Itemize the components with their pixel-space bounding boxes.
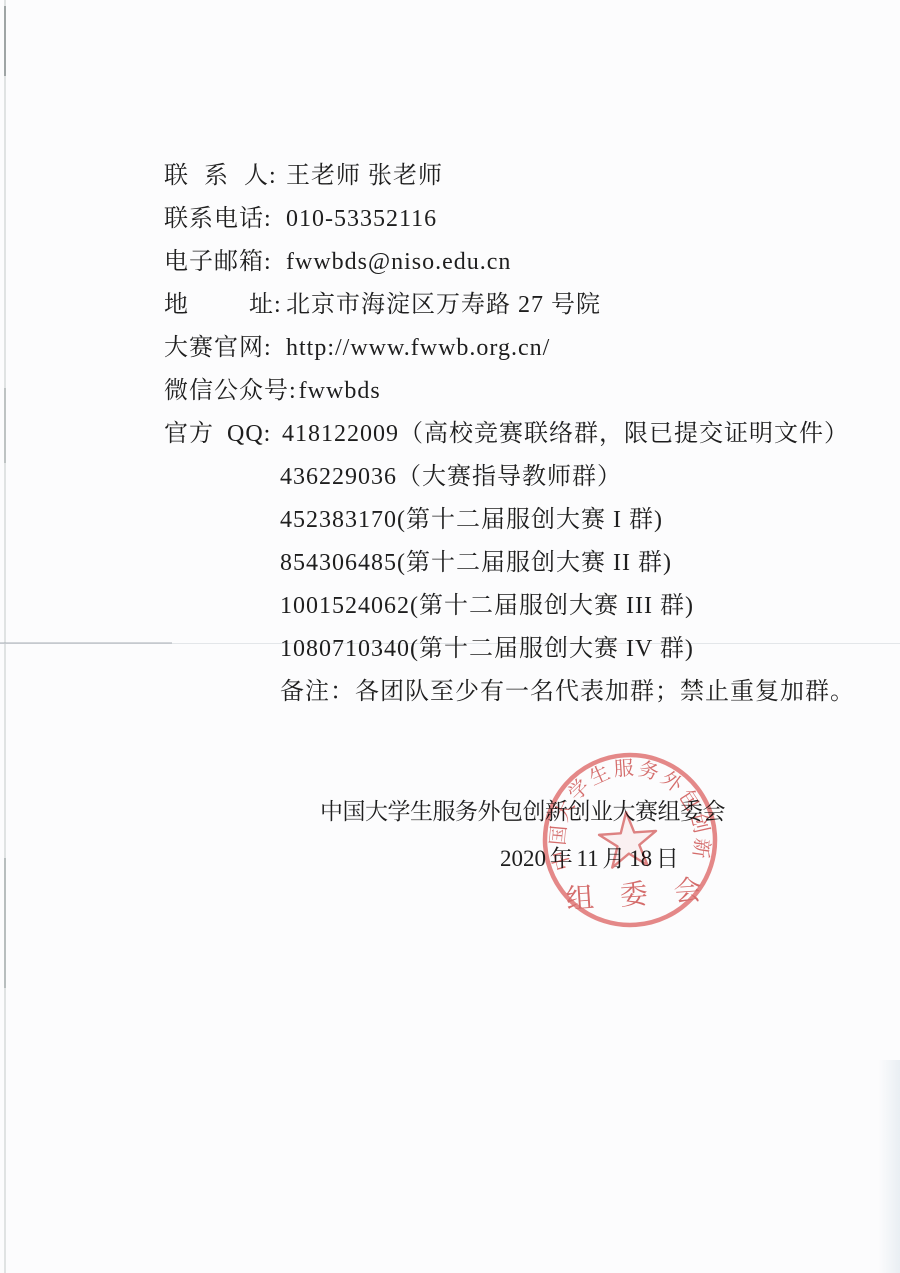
contact-label: 地 址: — [164, 284, 284, 327]
contact-value: http://www.fwwb.org.cn/ — [286, 335, 550, 361]
official-stamp: 中国大学生服务外包创新创业大赛 组委会 — [520, 730, 740, 950]
contact-value: 王老师 张老师 — [286, 163, 443, 189]
contact-value: 北京市海淀区万寿路 27 号院 — [286, 292, 601, 318]
contact-label: 电子邮箱: — [164, 241, 284, 284]
contact-label: 大赛官网: — [164, 327, 284, 370]
stamp-star-icon — [598, 810, 659, 868]
contact-label: 联系电话: — [164, 198, 284, 241]
qq-group: 854306485(第十二届服创大赛 II 群) — [280, 550, 672, 576]
contact-info-block: 联 系 人:王老师 张老师 联系电话:010-53352116 电子邮箱:fww… — [122, 112, 855, 671]
scanned-document-page: 联 系 人:王老师 张老师 联系电话:010-53352116 电子邮箱:fww… — [0, 0, 900, 1273]
contact-value: 010-53352116 — [286, 206, 437, 232]
qq-group: 436229036（大赛指导教师群） — [280, 464, 622, 490]
qq-group: 1080710340(第十二届服创大赛 IV 群) — [280, 636, 694, 662]
qq-group: 452383170(第十二届服创大赛 I 群) — [280, 507, 663, 533]
contact-value: fwwbds — [299, 378, 381, 404]
stamp-bottom-text: 组委会 — [565, 872, 729, 915]
contact-label: 微信公众号: — [164, 370, 297, 413]
contact-line-person: 联 系 人:王老师 张老师 — [122, 112, 855, 155]
qq-group: 418122009（高校竞赛联络群，限已提交证明文件） — [282, 421, 849, 447]
scan-left-edge-segment — [4, 388, 6, 463]
scan-left-edge-dark-segment — [4, 6, 6, 76]
scan-left-edge-segment-lower — [4, 858, 6, 988]
note-text: 备注：各团队至少有一名代表加群；禁止重复加群。 — [280, 679, 855, 705]
scan-left-edge-line — [4, 0, 6, 1273]
qq-label: 官方 QQ: — [164, 413, 280, 456]
scan-right-edge-shadow — [878, 1060, 900, 1273]
qq-group: 1001524062(第十二届服创大赛 III 群) — [280, 593, 694, 619]
contact-label: 联 系 人: — [164, 155, 284, 198]
contact-value: fwwbds@niso.edu.cn — [286, 249, 511, 275]
